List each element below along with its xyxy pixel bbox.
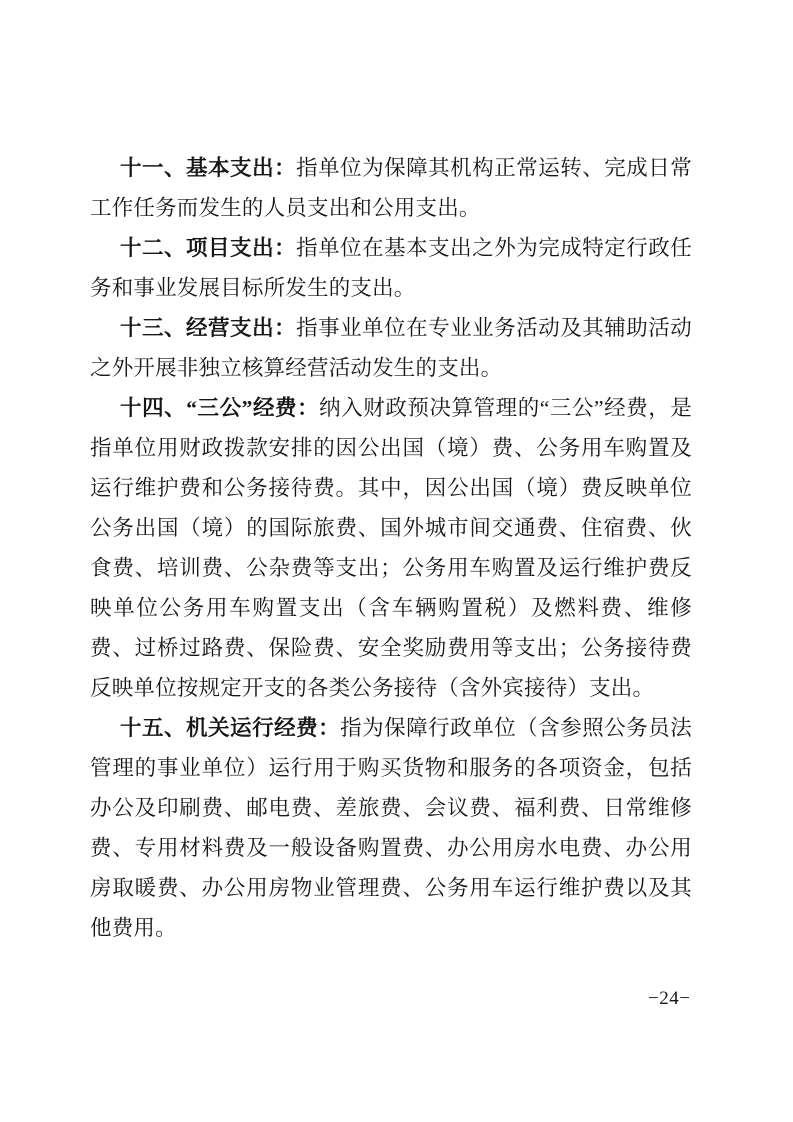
paragraph-basic-expenditure: 十一、基本支出：指单位为保障其机构正常运转、完成日常工作任务而发生的人员支出和公… [90,148,692,228]
term-label: 十一、基本支出： [120,156,296,180]
term-label: 十五、机关运行经费： [120,716,340,740]
definition-text: 指为保障行政单位（含参照公务员法管理的事业单位）运行用于购买货物和服务的各项资金… [90,716,692,940]
page-number: −24− [648,988,690,1010]
document-page: 十一、基本支出：指单位为保障其机构正常运转、完成日常工作任务而发生的人员支出和公… [0,0,793,1122]
definition-text: 纳入财政预决算管理的“三公”经费，是指单位用财政拨款安排的因公出国（境）费、公务… [90,396,692,700]
body-text: 十一、基本支出：指单位为保障其机构正常运转、完成日常工作任务而发生的人员支出和公… [90,148,692,948]
term-label: 十三、经营支出： [120,316,296,340]
paragraph-operating-expenditure: 十三、经营支出：指事业单位在专业业务活动及其辅助活动之外开展非独立核算经营活动发… [90,308,692,388]
term-label: 十四、“三公”经费： [120,396,319,420]
paragraph-project-expenditure: 十二、项目支出：指单位在基本支出之外为完成特定行政任务和事业发展目标所发生的支出… [90,228,692,308]
paragraph-three-public-funds: 十四、“三公”经费：纳入财政预决算管理的“三公”经费，是指单位用财政拨款安排的因… [90,388,692,708]
paragraph-agency-operating-funds: 十五、机关运行经费：指为保障行政单位（含参照公务员法管理的事业单位）运行用于购买… [90,708,692,948]
term-label: 十二、项目支出： [120,236,296,260]
